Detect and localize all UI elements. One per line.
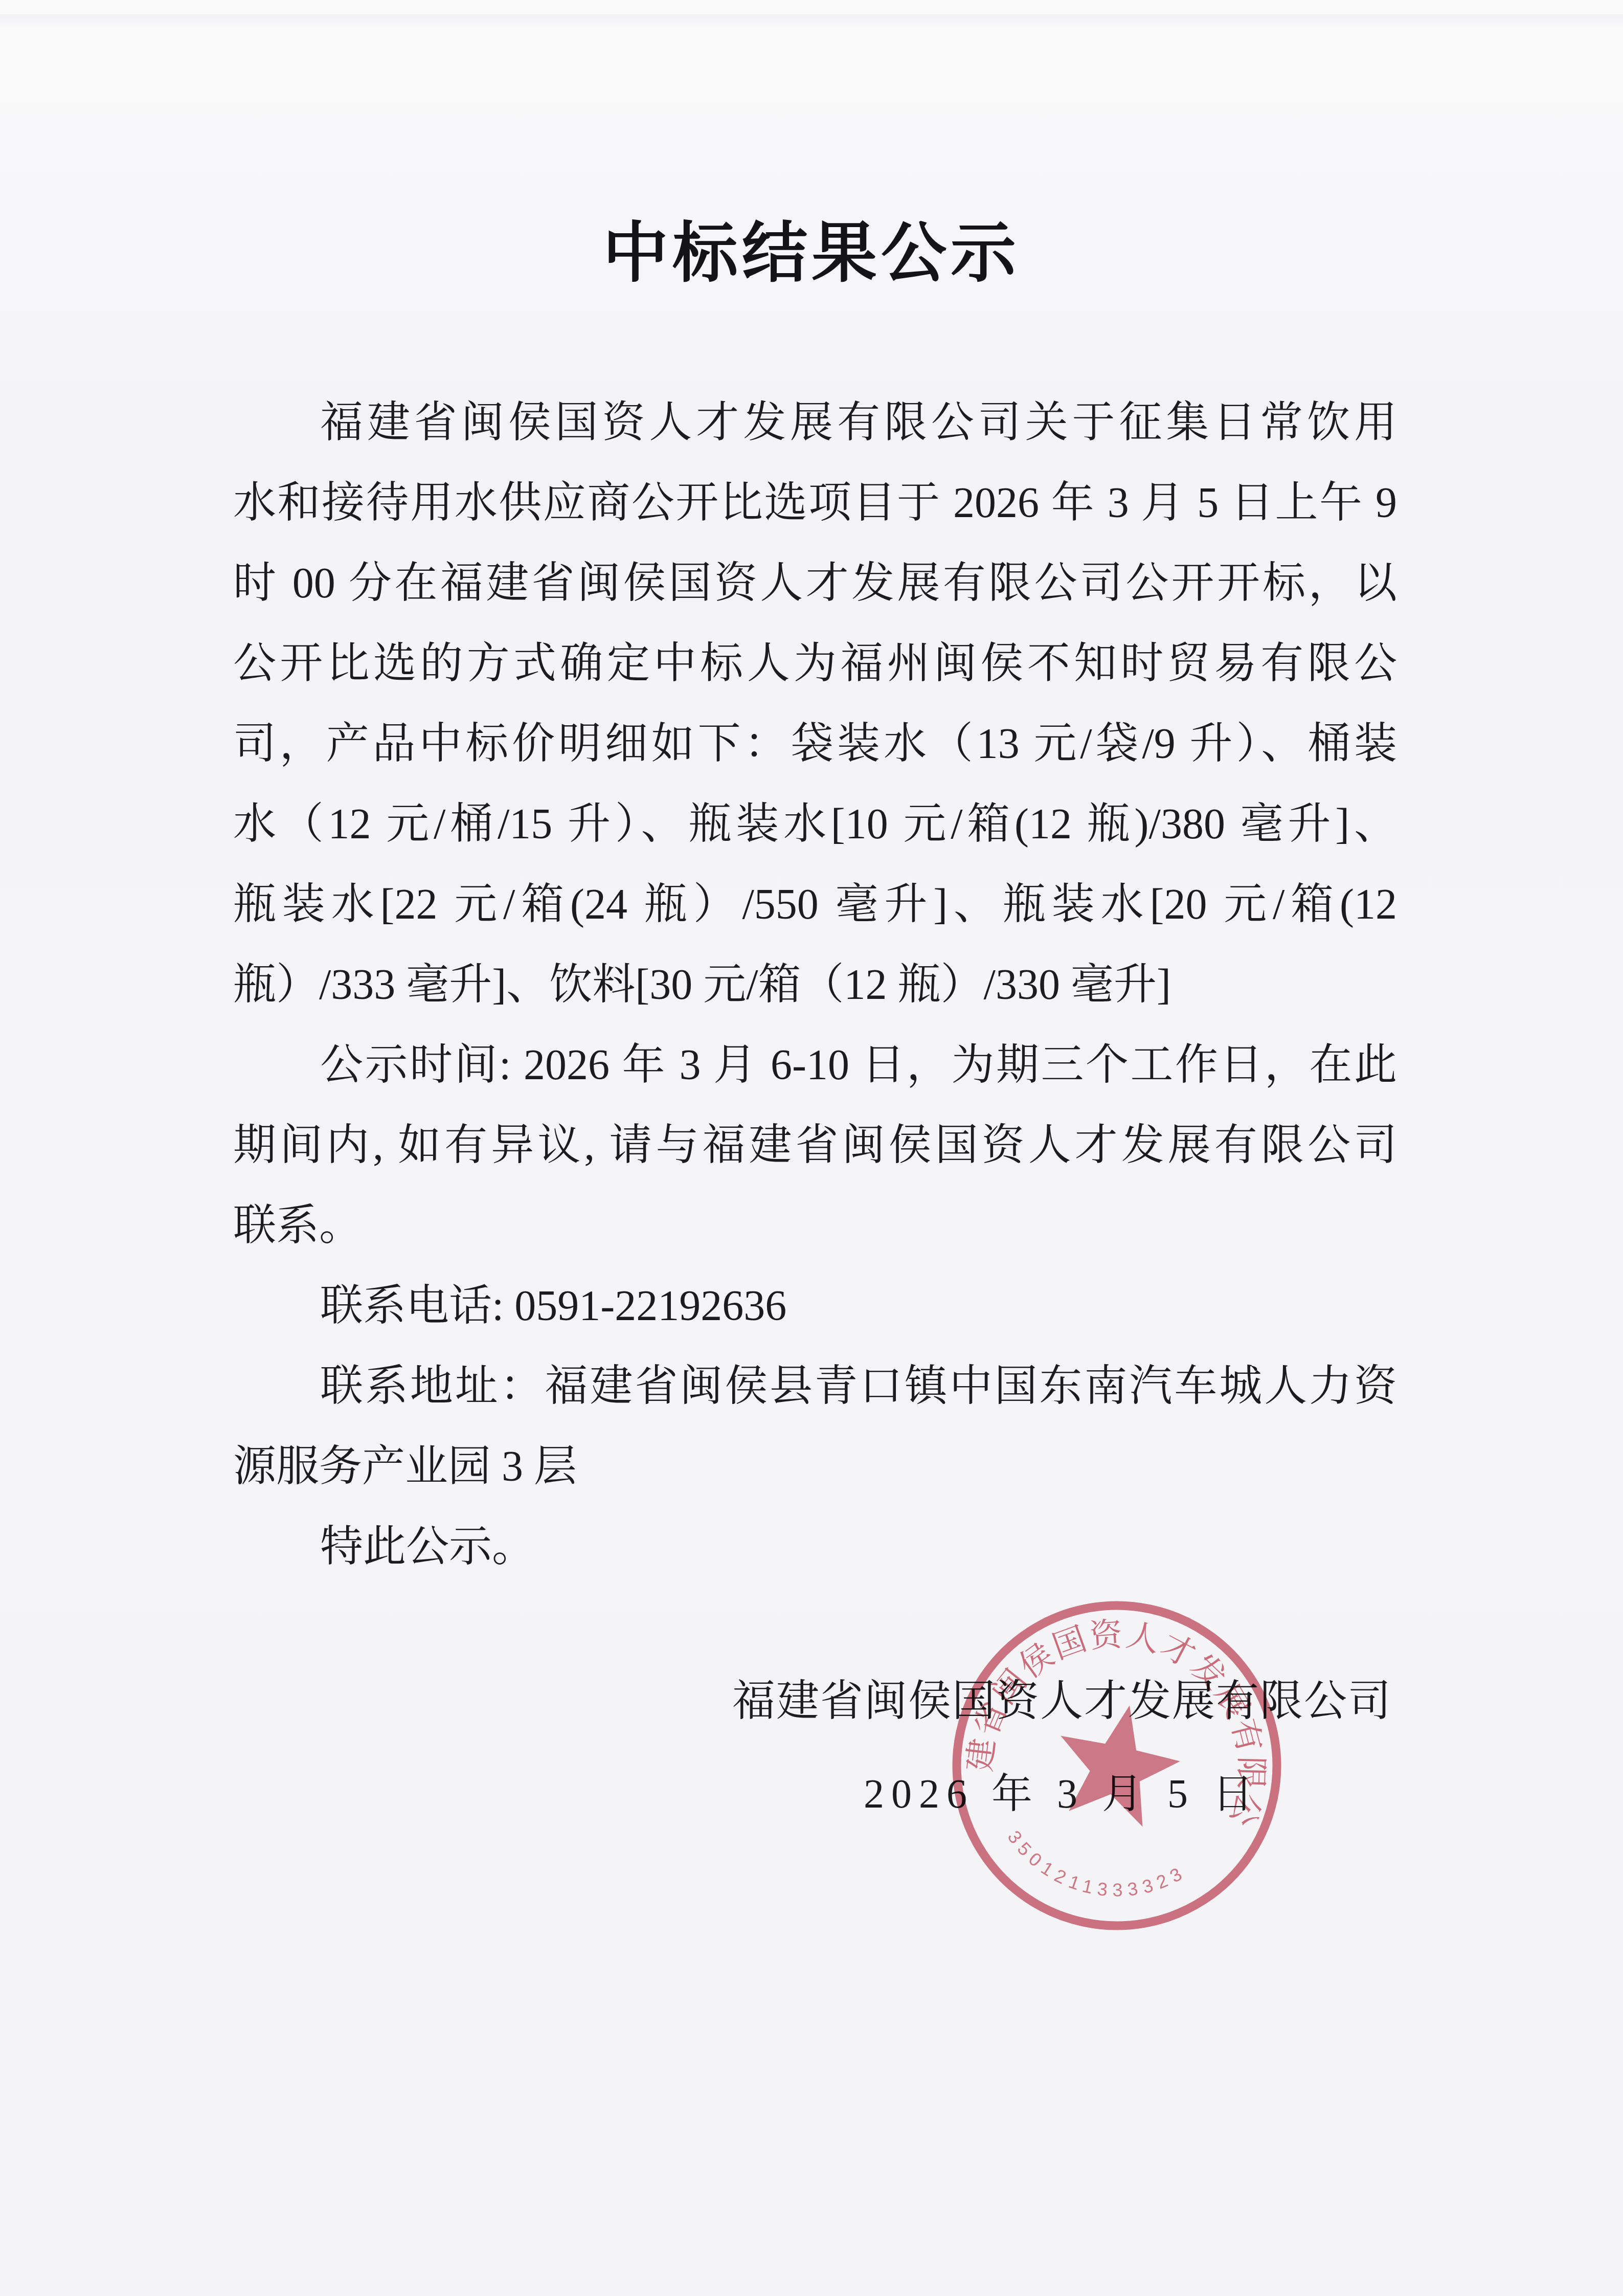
announcement-body: 福建省闽侯国资人才发展有限公司关于征集日常饮用 水和接待用水供应商公开比选项目于… — [233, 383, 1397, 1587]
seal-serial-number: 3501211333323 — [996, 1824, 1193, 1918]
contact-address-line: 联系地址：福建省闽侯县青口镇中国东南汽车城人力资 — [233, 1346, 1397, 1426]
svg-text:3501211333323: 3501211333323 — [996, 1824, 1193, 1918]
body-line: 瓶装水[22 元/箱(24 瓶）/550 毫升]、瓶装水[20 元/箱(12 — [233, 864, 1397, 945]
scan-artifact-band — [0, 14, 1623, 28]
body-line: 水（12 元/桶/15 升）、瓶装水[10 元/箱(12 瓶)/380 毫升]、 — [233, 784, 1397, 864]
body-line: 司，产品中标价明细如下：袋装水（13 元/袋/9 升）、桶装 — [233, 704, 1397, 784]
signature-date: 2026 年 3 月 5 日 — [732, 1753, 1392, 1835]
body-line: 福建省闽侯国资人才发展有限公司关于征集日常饮用 — [233, 383, 1397, 463]
body-line: 期间内, 如有异议, 请与福建省闽侯国资人才发展有限公司 — [233, 1105, 1397, 1186]
signature-company-name: 福建省闽侯国资人才发展有限公司 — [732, 1663, 1392, 1740]
closing-line: 特此公示。 — [233, 1507, 1397, 1587]
contact-phone-line: 联系电话: 0591-22192636 — [233, 1266, 1397, 1346]
page-title: 中标结果公示 — [0, 200, 1623, 295]
contact-address-line-2: 源服务产业园 3 层 — [233, 1426, 1397, 1507]
body-line: 水和接待用水供应商公开比选项目于 2026 年 3 月 5 日上午 9 — [233, 463, 1397, 543]
scanned-announcement-page: 中标结果公示 福建省闽侯国资人才发展有限公司关于征集日常饮用 水和接待用水供应商… — [0, 0, 1623, 2296]
body-line: 公开比选的方式确定中标人为福州闽侯不知时贸易有限公 — [233, 623, 1397, 704]
signature-block: 福建省闽侯国资人才发展有限公司 2026 年 3 月 5 日 — [732, 1663, 1392, 1835]
body-line: 公示时间: 2026 年 3 月 6-10 日，为期三个工作日，在此 — [233, 1025, 1397, 1105]
body-line: 瓶）/333 毫升]、饮料[30 元/箱（12 瓶）/330 毫升] — [233, 945, 1397, 1025]
body-line: 联系。 — [233, 1186, 1397, 1266]
body-line: 时 00 分在福建省闽侯国资人才发展有限公司公开开标，以 — [233, 543, 1397, 623]
